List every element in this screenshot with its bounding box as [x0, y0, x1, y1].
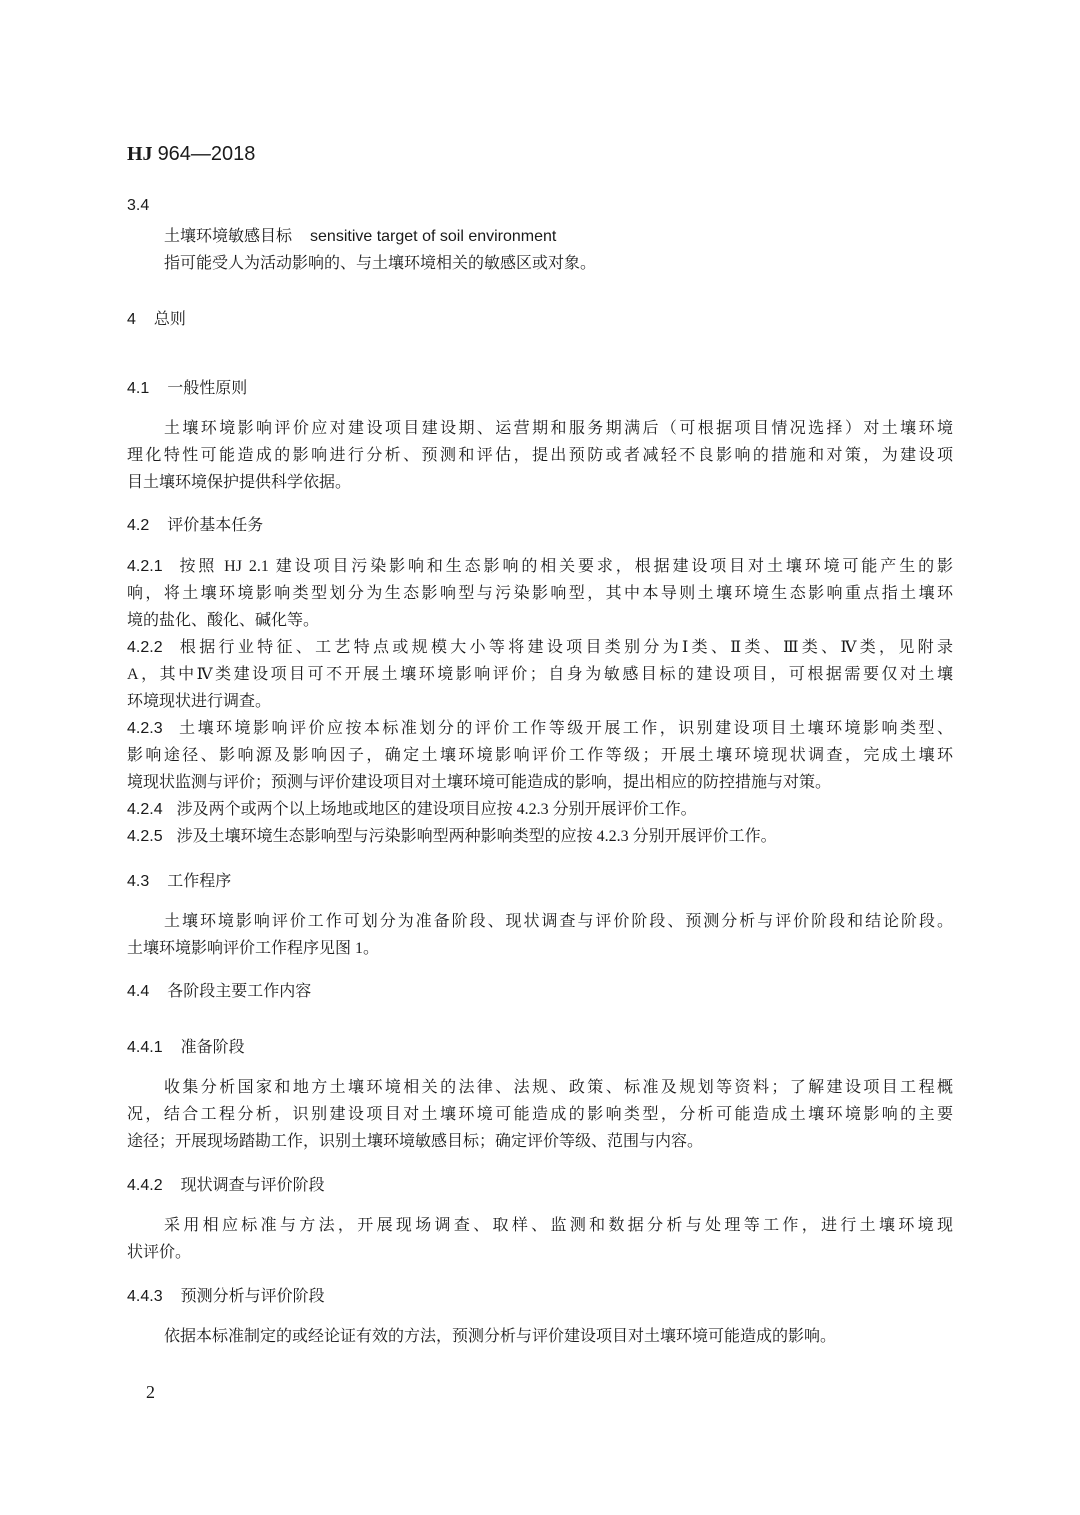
heading-title: 现状调查与评价阶段: [181, 1177, 325, 1194]
term-english: sensitive target of soil environment: [310, 228, 556, 245]
paragraph-line: 采用相应标准与方法，开展现场调查、取样、监测和数据分析与处理等工作，进行土壤环境…: [164, 1212, 953, 1235]
heading-4-4: 4.4各阶段主要工作内容: [127, 978, 311, 1001]
paragraph-line: 途径；开展现场踏勘工作，识别土壤环境敏感目标；确定评价等级、范围与内容。: [127, 1128, 953, 1151]
clause-text: 涉及两个或两个以上场地或地区的建设项目应按 4.2.3 分别开展评价工作。: [177, 801, 697, 818]
document-header: HJ 964—2018: [127, 143, 255, 166]
heading-title: 总则: [154, 311, 186, 328]
paragraph-line: 况，结合工程分析，识别建设项目对土壤环境可能造成的影响类型，分析可能造成土壤环境…: [127, 1101, 953, 1124]
clause-text: 按照 HJ 2.1 建设项目污染影响和生态影响的相关要求，根据建设项目对土壤环境…: [177, 558, 953, 575]
heading-4: 4总则: [127, 306, 186, 329]
paragraph-line: 收集分析国家和地方土壤环境相关的法律、法规、政策、标准及规划等资料；了解建设项目…: [164, 1074, 953, 1097]
term-definition: 指可能受人为活动影响的、与土壤环境相关的敏感区或对象。: [164, 250, 596, 273]
heading-4-4-1: 4.4.1准备阶段: [127, 1034, 245, 1057]
heading-number: 4.3: [127, 873, 149, 891]
heading-title: 各阶段主要工作内容: [167, 983, 311, 1000]
heading-number: 4.4.3: [127, 1288, 163, 1306]
heading-number: 4: [127, 311, 136, 329]
paragraph-line: 土壤环境影响评价工作程序见图 1。: [127, 935, 953, 958]
heading-title: 一般性原则: [167, 380, 247, 397]
clause-4-2-2: 4.2.2根据行业特征、工艺特点或规模大小等将建设项目类别分为Ⅰ类、Ⅱ类、Ⅲ类、…: [127, 634, 953, 657]
clause-number: 4.2.5: [127, 828, 163, 845]
standard-code: HJ: [127, 143, 153, 165]
heading-number: 4.4.2: [127, 1177, 163, 1195]
heading-title: 准备阶段: [181, 1039, 245, 1056]
heading-title: 评价基本任务: [167, 517, 263, 534]
heading-4-3: 4.3工作程序: [127, 868, 231, 891]
paragraph-line: 响，将土壤环境影响类型划分为生态影响型与污染影响型，其中本导则土壤环境生态影响重…: [127, 580, 953, 603]
paragraph-line: 理化特性可能造成的影响进行分析、预测和评估，提出预防或者减轻不良影响的措施和对策…: [127, 442, 953, 465]
paragraph-line: 土壤环境影响评价工作可划分为准备阶段、现状调查与评价阶段、预测分析与评价阶段和结…: [164, 908, 953, 931]
clause-text: 根据行业特征、工艺特点或规模大小等将建设项目类别分为Ⅰ类、Ⅱ类、Ⅲ类、Ⅳ类，见附…: [177, 639, 953, 656]
clause-4-2-1: 4.2.1按照 HJ 2.1 建设项目污染影响和生态影响的相关要求，根据建设项目…: [127, 553, 953, 576]
heading-4-1: 4.1一般性原则: [127, 375, 247, 398]
term-chinese: 土壤环境敏感目标: [164, 228, 292, 245]
heading-4-2: 4.2评价基本任务: [127, 512, 263, 535]
document-page: HJ 964—2018 3.4 土壤环境敏感目标sensitive target…: [0, 0, 1080, 1515]
standard-number: 964—2018: [158, 143, 256, 165]
section-number-3-4: 3.4: [127, 197, 149, 215]
heading-4-4-2: 4.4.2现状调查与评价阶段: [127, 1172, 325, 1195]
heading-number: 4.2: [127, 517, 149, 535]
paragraph-line: 依据本标准制定的或经论证有效的方法，预测分析与评价建设项目对土壤环境可能造成的影…: [164, 1323, 953, 1346]
clause-number: 4.2.1: [127, 558, 163, 575]
clause-text: 土壤环境影响评价应按本标准划分的评价工作等级开展工作，识别建设项目土壤环境影响类…: [177, 720, 953, 737]
clause-number: 4.2.3: [127, 720, 163, 737]
heading-title: 工作程序: [167, 873, 231, 890]
page-number: 2: [146, 1382, 155, 1403]
clause-4-2-5: 4.2.5涉及土壤环境生态影响型与污染影响型两种影响类型的应按 4.2.3 分别…: [127, 823, 953, 846]
clause-number: 4.2.2: [127, 639, 163, 656]
term-entry: 土壤环境敏感目标sensitive target of soil environ…: [164, 223, 556, 246]
clause-4-2-3: 4.2.3土壤环境影响评价应按本标准划分的评价工作等级开展工作，识别建设项目土壤…: [127, 715, 953, 738]
paragraph-line: 境的盐化、酸化、碱化等。: [127, 607, 953, 630]
paragraph-line: 土壤环境影响评价应对建设项目建设期、运营期和服务期满后（可根据项目情况选择）对土…: [164, 415, 953, 438]
paragraph-line: 目土壤环境保护提供科学依据。: [127, 469, 953, 492]
paragraph-line: 影响途径、影响源及影响因子，确定土壤环境影响评价工作等级；开展土壤环境现状调查，…: [127, 742, 953, 765]
paragraph-line: 状评价。: [127, 1239, 953, 1262]
paragraph-line: 境现状监测与评价；预测与评价建设项目对土壤环境可能造成的影响，提出相应的防控措施…: [127, 769, 953, 792]
heading-number: 4.4: [127, 983, 149, 1001]
paragraph-line: A，其中Ⅳ类建设项目可不开展土壤环境影响评价；自身为敏感目标的建设项目，可根据需…: [127, 661, 953, 684]
clause-text: 涉及土壤环境生态影响型与污染影响型两种影响类型的应按 4.2.3 分别开展评价工…: [177, 828, 777, 845]
clause-4-2-4: 4.2.4涉及两个或两个以上场地或地区的建设项目应按 4.2.3 分别开展评价工…: [127, 796, 953, 819]
clause-number: 4.2.4: [127, 801, 163, 818]
heading-number: 4.1: [127, 380, 149, 398]
heading-number: 4.4.1: [127, 1039, 163, 1057]
heading-title: 预测分析与评价阶段: [181, 1288, 325, 1305]
heading-4-4-3: 4.4.3预测分析与评价阶段: [127, 1283, 325, 1306]
paragraph-line: 环境现状进行调查。: [127, 688, 953, 711]
